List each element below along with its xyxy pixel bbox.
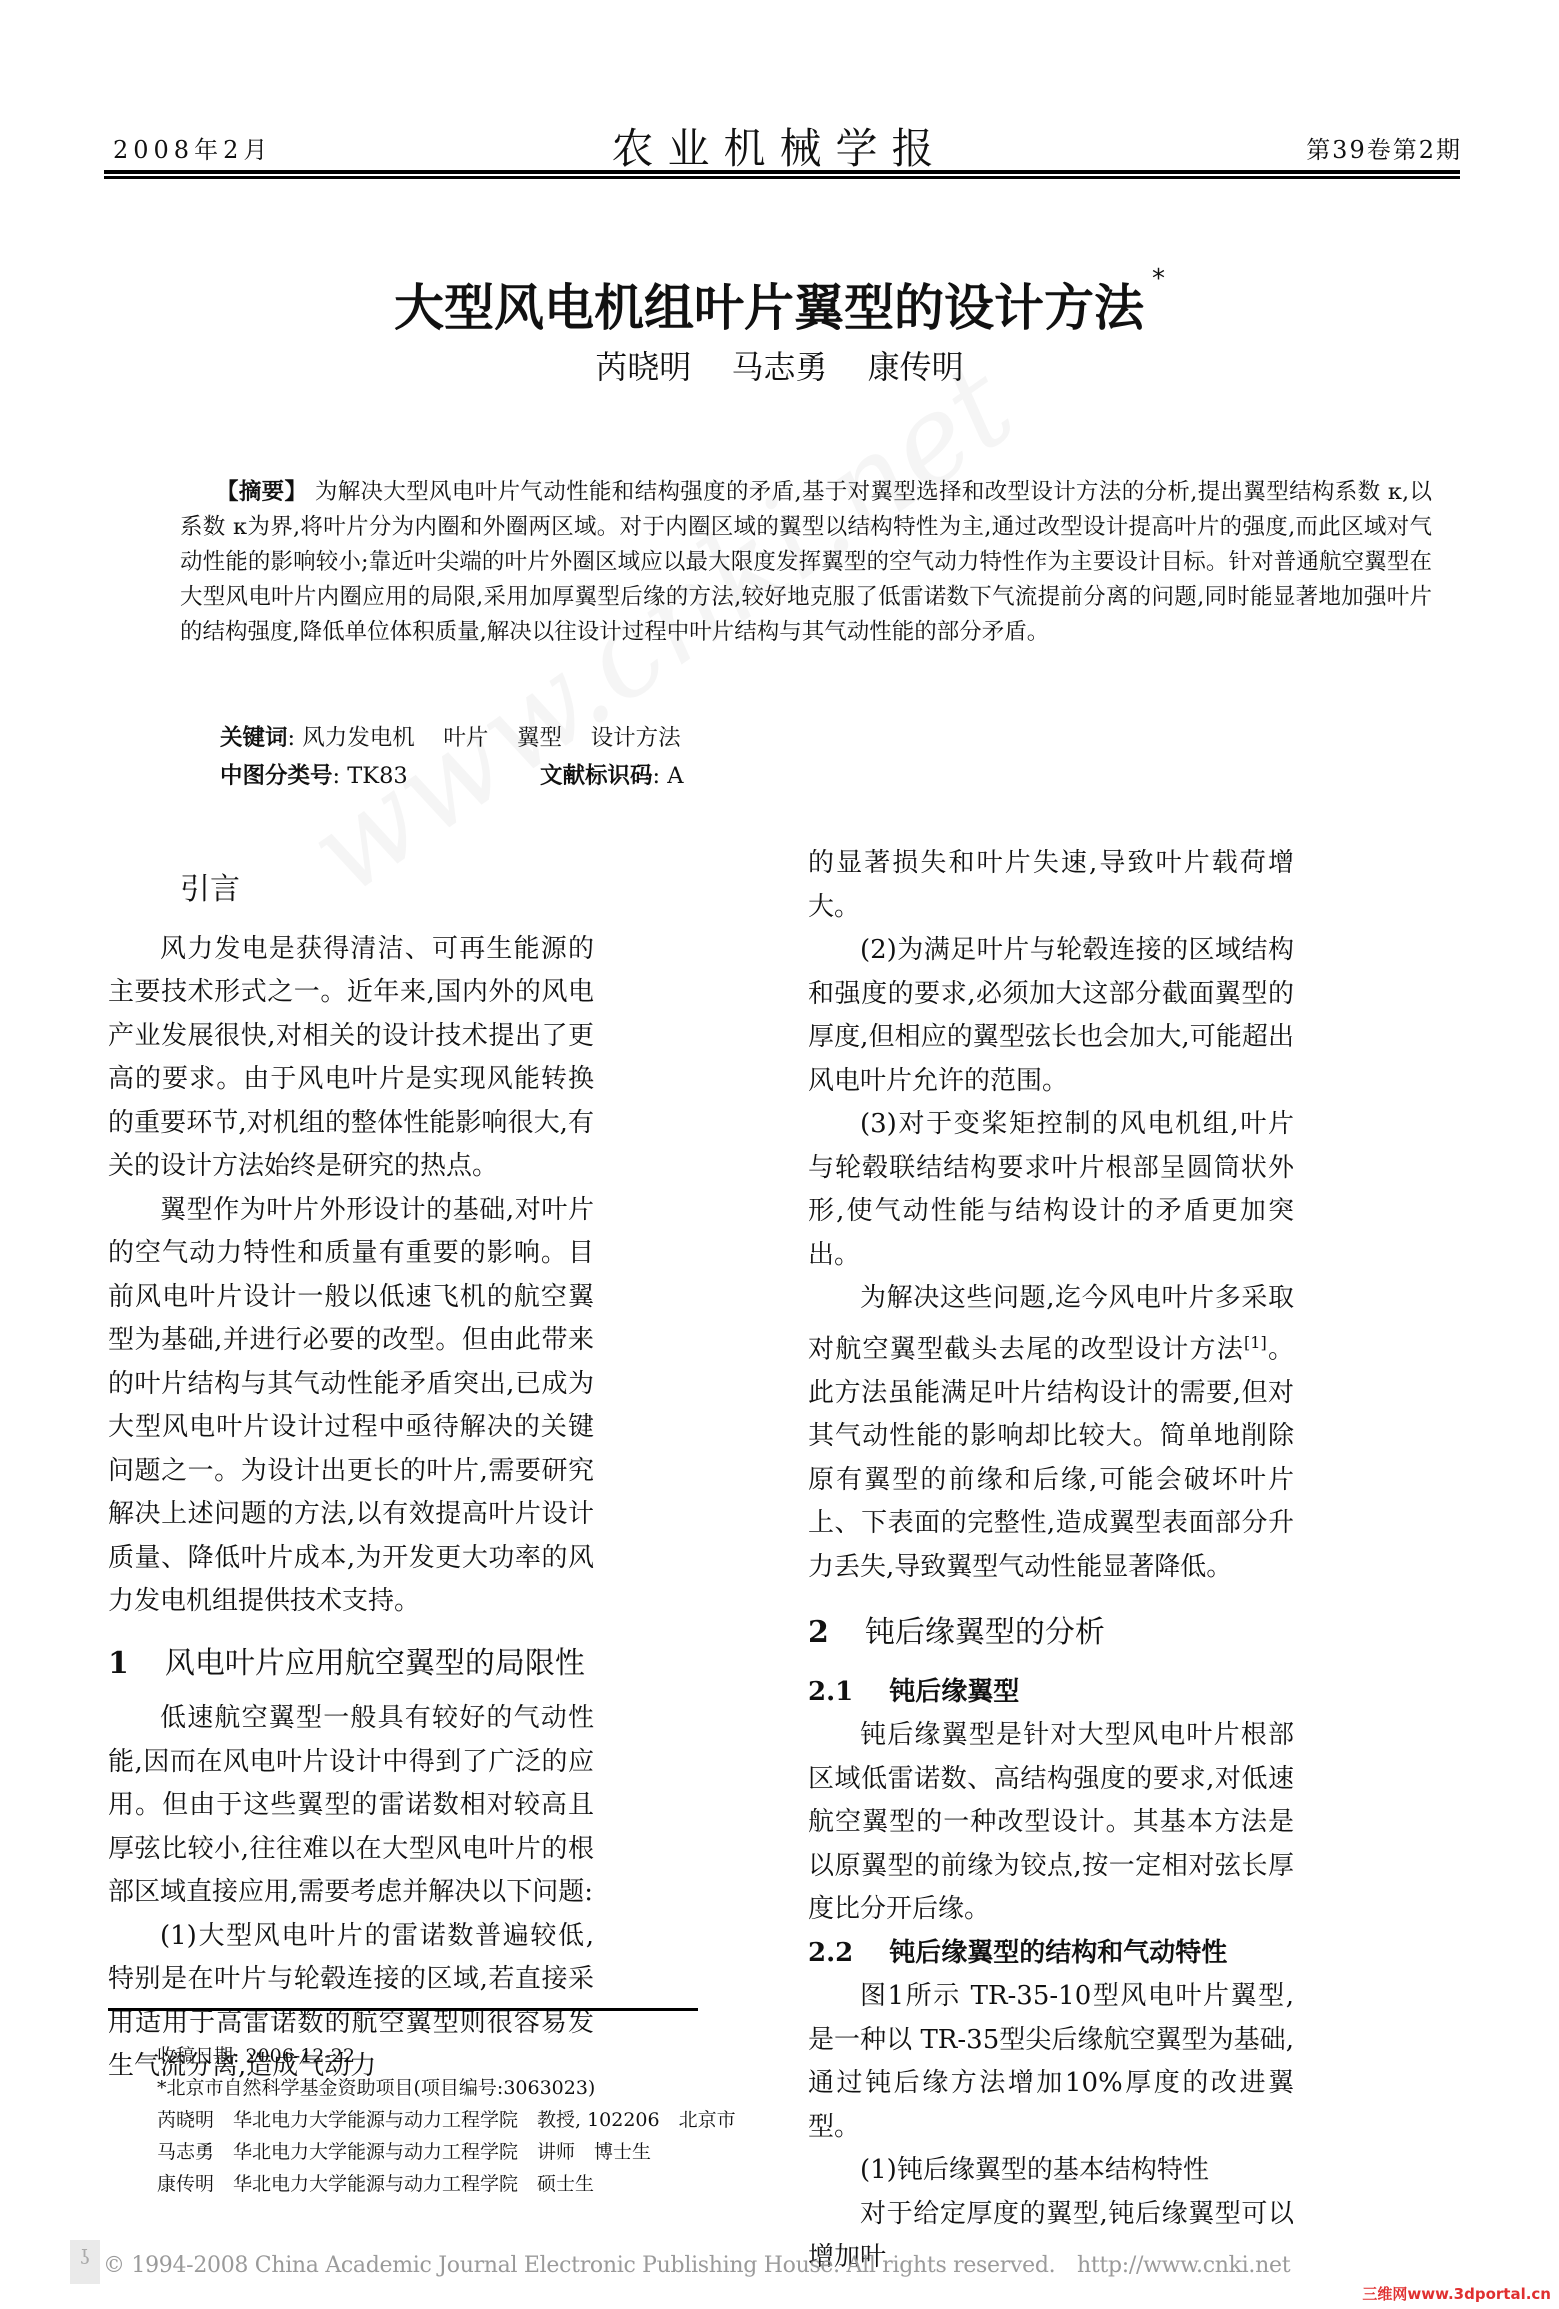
paragraph: 的显著损失和叶片失速,导致叶片载荷增大。 bbox=[808, 842, 1294, 929]
site-watermark: 三维网www.3dportal.cn bbox=[1362, 2283, 1551, 2304]
paper-title: 大型风电机组叶片翼型的设计方法* bbox=[0, 268, 1559, 340]
citation-ref[interactable]: [1] bbox=[1244, 1333, 1267, 1352]
author: 芮晓明 bbox=[595, 348, 691, 386]
clc-value: TK83 bbox=[347, 763, 407, 789]
section-2-2-heading: 2.2钝后缘翼型的结构和气动特性 bbox=[808, 1932, 1294, 1976]
author-affiliation: 马志勇 华北电力大学能源与动力工程学院 讲师 博士生 bbox=[157, 2136, 736, 2168]
paragraph: 翼型作为叶片外形设计的基础,对叶片的空气动力特性和质量有重要的影响。目前风电叶片… bbox=[108, 1189, 594, 1624]
abstract: 【摘要】 为解决大型风电叶片气动性能和结构强度的矛盾,基于对翼型选择和改型设计方… bbox=[180, 475, 1432, 650]
paragraph: 图1所示 TR-35-10型风电叶片翼型,是一种以 TR-35型尖后缘航空翼型为… bbox=[808, 1975, 1294, 2149]
paragraph: (2)为满足叶片与轮毂连接的区域结构和强度的要求,必须加大这部分截面翼型的厚度,… bbox=[808, 929, 1294, 1103]
intro-heading: 引言 bbox=[108, 868, 594, 912]
paragraph: (1)钝后缘翼型的基本结构特性 bbox=[808, 2149, 1294, 2193]
keyword: 叶片 bbox=[443, 725, 488, 751]
left-column: 引言 风力发电是获得清洁、可再生能源的主要技术形式之一。近年来,国内外的风电产业… bbox=[108, 868, 594, 2089]
right-column: 的显著损失和叶片失速,导致叶片载荷增大。 (2)为满足叶片与轮毂连接的区域结构和… bbox=[808, 842, 1294, 2280]
cnki-logo-icon: ʖ bbox=[70, 2240, 100, 2284]
classification: 中图分类号: TK83 文献标识码: A bbox=[220, 758, 408, 790]
copyright-notice: © 1994-2008 China Academic Journal Elect… bbox=[103, 2248, 1290, 2279]
keywords: 关键词: 风力发电机 叶片 翼型 设计方法 bbox=[220, 720, 681, 752]
keywords-label: 关键词 bbox=[220, 725, 288, 751]
footnotes: 收稿日期: 2006-12-22 *北京市自然科学基金资助项目(项目编号:306… bbox=[157, 2040, 736, 2200]
received-date: 收稿日期: 2006-12-22 bbox=[157, 2040, 736, 2072]
doc-code-label: 文献标识码 bbox=[540, 763, 653, 789]
paragraph: 低速航空翼型一般具有较好的气动性能,因而在风电叶片设计中得到了广泛的应用。但由于… bbox=[108, 1697, 594, 1915]
keyword: 风力发电机 bbox=[302, 725, 415, 751]
author-affiliation: 康传明 华北电力大学能源与动力工程学院 硕士生 bbox=[157, 2168, 736, 2200]
author: 马志勇 bbox=[731, 348, 827, 386]
fund-note: *北京市自然科学基金资助项目(项目编号:3063023) bbox=[157, 2072, 736, 2104]
paragraph: 钝后缘翼型是针对大型风电叶片根部区域低雷诺数、高结构强度的要求,对低速航空翼型的… bbox=[808, 1714, 1294, 1932]
volume-issue: 第39卷第2期 bbox=[1306, 130, 1462, 165]
section-2-1-heading: 2.1钝后缘翼型 bbox=[808, 1671, 1294, 1715]
paragraph: 为解决这些问题,迄今风电叶片多采取对航空翼型截头去尾的改型设计方法[1]。此方法… bbox=[808, 1277, 1294, 1589]
author-list: 芮晓明 马志勇 康传明 bbox=[0, 342, 1559, 388]
paragraph: (3)对于变桨矩控制的风电机组,叶片与轮毂联结结构要求叶片根部呈圆筒状外形,使气… bbox=[808, 1103, 1294, 1277]
paper-title-text: 大型风电机组叶片翼型的设计方法 bbox=[394, 279, 1144, 337]
doc-code-value: A bbox=[667, 763, 683, 789]
author: 康传明 bbox=[868, 348, 964, 386]
keyword: 翼型 bbox=[517, 725, 562, 751]
clc-label: 中图分类号 bbox=[220, 763, 333, 789]
header-rule-thin bbox=[104, 176, 1460, 179]
paragraph: 风力发电是获得清洁、可再生能源的主要技术形式之一。近年来,国内外的风电产业发展很… bbox=[108, 928, 594, 1189]
title-footnote-mark: * bbox=[1152, 264, 1165, 294]
author-affiliation: 芮晓明 华北电力大学能源与动力工程学院 教授, 102206 北京市 bbox=[157, 2104, 736, 2136]
header-rule-thick bbox=[104, 170, 1460, 174]
abstract-label: 【摘要】 bbox=[216, 479, 307, 505]
keyword: 设计方法 bbox=[591, 725, 681, 751]
section-1-heading: 1风电叶片应用航空翼型的局限性 bbox=[108, 1642, 594, 1686]
footnote-rule bbox=[108, 2008, 698, 2011]
section-2-heading: 2钝后缘翼型的分析 bbox=[808, 1611, 1294, 1655]
abstract-text: 为解决大型风电叶片气动性能和结构强度的矛盾,基于对翼型选择和改型设计方法的分析,… bbox=[180, 479, 1432, 645]
